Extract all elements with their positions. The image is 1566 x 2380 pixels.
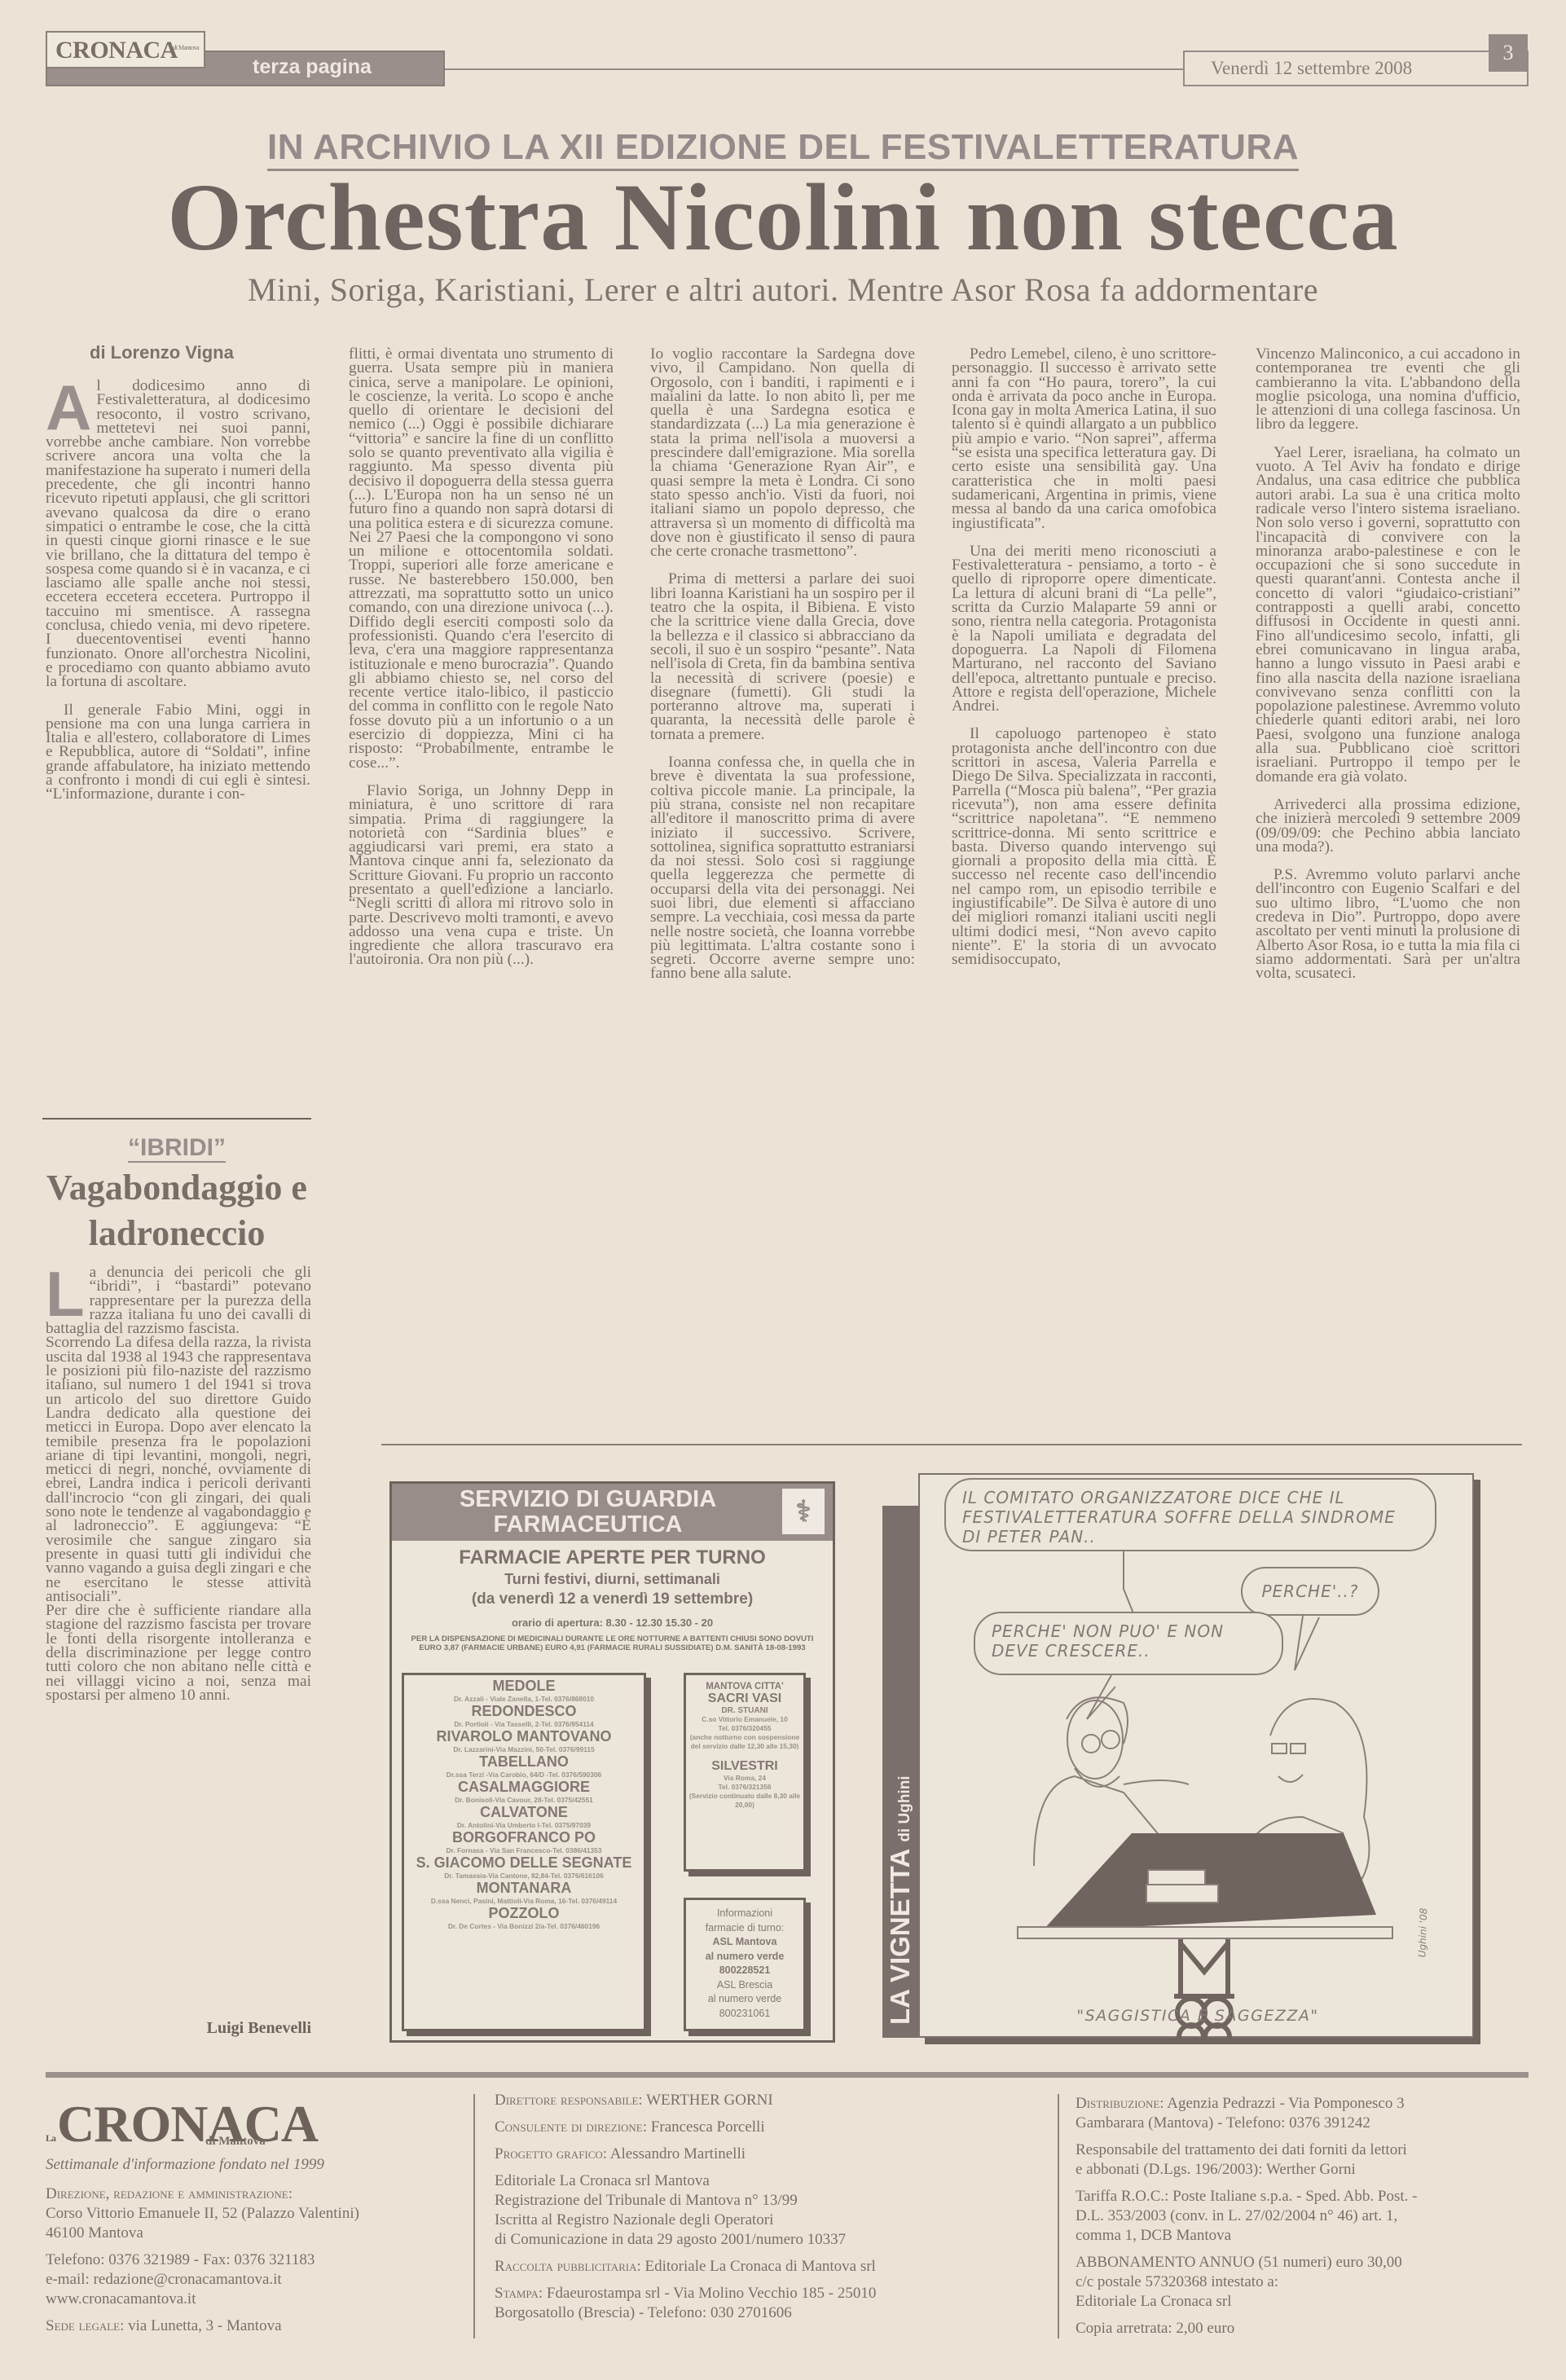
abbonamento-line: c/c postale 57320368 intestato a: <box>1076 2273 1278 2290</box>
tariffa-line: comma 1, DCB Mantova <box>1076 2227 1231 2244</box>
pharmacy-town: TABELLANO <box>404 1754 644 1770</box>
article-column-2: flitti, è ormai diventata uno strumento … <box>349 347 614 981</box>
sidebar-kicker: “IBRIDI” <box>42 1134 311 1162</box>
phone-number: 800228521 <box>719 1964 771 1976</box>
sidebar-signature: Luigi Benevelli <box>46 2019 311 2038</box>
list-item: CASALMAGGIOREDr. Bonisoli-Via Cavour, 28… <box>404 1780 644 1805</box>
list-item: S. GIACOMO DELLE SEGNATEDr. Tamassia-Via… <box>404 1855 644 1881</box>
cartoon-signature: Ughini '08 <box>1417 1907 1430 1957</box>
pharmacy-address: Dr. De Cortes - Via Bonizzi 2/a-Tel. 037… <box>404 1921 644 1931</box>
paragraph: La denuncia dei pericoli che gli “ibridi… <box>46 1265 311 1335</box>
city-tel-1: Tel. 0376/320455 <box>686 1724 803 1733</box>
consulente-name: Francesca Porcelli <box>647 2118 765 2136</box>
colophon-col-3: Distribuzione: Agenzia Pedrazzi - Via Po… <box>1076 2094 1532 2346</box>
paragraph: Io voglio raccontare la Sardegna dove vi… <box>650 347 915 558</box>
list-item: BORGOFRANCO PODr. Fornasa - Via San Fran… <box>404 1830 644 1855</box>
vignette-author: di Ughini <box>896 1775 913 1841</box>
direttore-label: Direttore responsabile: <box>495 2092 643 2109</box>
pharmacy-town: CALVATONE <box>404 1805 644 1820</box>
paragraph: Flavio Soriga, un Johnny Depp in miniatu… <box>349 784 614 967</box>
masthead-logo-sub: di Mantova <box>173 30 199 66</box>
city-pharmacy-1: SACRI VASI <box>686 1692 803 1706</box>
page-number: 3 <box>1489 34 1528 72</box>
caduceus-icon: ⚕ <box>782 1489 825 1534</box>
list-item: TABELLANODr.ssa Terzi -Via Carobio, 64/D… <box>404 1754 644 1780</box>
abbonamento-line: ABBONAMENTO ANNUO (51 numeri) euro 30,00 <box>1076 2254 1402 2271</box>
city-note-1: (anche notturno con sospensione del serv… <box>686 1733 803 1751</box>
list-item: RIVAROLO MANTOVANODr. Lazzarini-Via Mazz… <box>404 1729 644 1754</box>
paragraph: Ioanna confessa che, in quella che in br… <box>650 755 915 981</box>
progetto-label: Progetto grafico: <box>495 2145 607 2162</box>
article-subhead: Mini, Soriga, Karistiani, Lerer e altri … <box>0 271 1566 309</box>
article-kicker: IN ARCHIVIO LA XII EDIZIONE DEL FESTIVAL… <box>0 127 1566 168</box>
article-column-5: Vincenzo Malinconico, a cui accadono in … <box>1256 347 1520 994</box>
distribuzione-label: Distribuzione: <box>1076 2095 1164 2112</box>
pharmacy-town: REDONDESCO <box>404 1704 644 1719</box>
footer-logo-text: CRONACA <box>57 2095 318 2153</box>
info-line: farmacie di turno: <box>686 1921 803 1936</box>
website-link[interactable]: www.cronacamantova.it <box>46 2290 196 2307</box>
pharmacy-ad-header: SERVIZIO DI GUARDIA FARMACEUTICA ⚕ <box>392 1484 833 1541</box>
sidebar-kicker-text: “IBRIDI” <box>128 1134 226 1163</box>
colophon-col-2: Direttore responsabile: WERTHER GORNI Co… <box>495 2091 1032 2330</box>
sede-block: Sede legale: via Lunetta, 3 - Mantova <box>46 2316 420 2336</box>
masthead-rule <box>445 68 1183 70</box>
cartoon-panel: IL COMITATO ORGANIZZATORE DICE CHE IL FE… <box>918 1473 1474 2038</box>
paragraph: Pedro Lemebel, cileno, è uno scrittore-p… <box>952 347 1216 530</box>
privacy-block: Responsabile del trattamento dei dati fo… <box>1076 2140 1532 2180</box>
city-note-2: (Servizio continuato dalle 8,30 alle 20,… <box>686 1792 803 1810</box>
privacy-line: Responsabile del trattamento dei dati fo… <box>1076 2141 1407 2158</box>
paragraph: flitti, è ormai diventata uno strumento … <box>349 347 614 770</box>
city-tel-2: Tel. 0376/321356 <box>686 1783 803 1792</box>
pharmacy-subtitle: Turni festivi, diurni, settimanali <box>392 1571 833 1588</box>
paragraph: Scorrendo La difesa della razza, la rivi… <box>46 1335 311 1604</box>
cartoon-caption: "SAGGISTICA E SAGGEZZA" <box>920 2007 1476 2025</box>
pharmacy-note: PER LA DISPENSAZIONE DI MEDICINALI DURAN… <box>392 1635 833 1652</box>
consulente-line: Consulente di direzione: Francesca Porce… <box>495 2118 1032 2137</box>
masthead-logo: CRONACA di Mantova <box>46 31 205 68</box>
list-item: MEDOLEDr. Azzali - Viale Zanella, 1-Tel.… <box>404 1678 644 1704</box>
city-address-1: C.so Vittorio Emanuele, 10 <box>686 1715 803 1724</box>
vignette-label: LA VIGNETTAdi Ughini <box>882 1506 918 2038</box>
consulente-label: Consulente di direzione: <box>495 2118 647 2136</box>
stampa-value-2: Borgosatollo (Brescia) - Telefono: 030 2… <box>495 2304 792 2321</box>
section-label: terza pagina <box>253 55 372 79</box>
info-line: ASL Brescia <box>686 1978 803 1993</box>
direzione-label: Direzione, redazione e amministrazione: <box>46 2185 293 2202</box>
footer-logo: LaCRONACA <box>46 2094 318 2154</box>
stampa-value: Fdaeurostampa srl - Via Molino Vecchio 1… <box>543 2285 876 2302</box>
pharmacy-list: MEDOLEDr. Azzali - Viale Zanella, 1-Tel.… <box>402 1673 646 2031</box>
cartoon-illustration <box>920 1475 1476 2039</box>
info-line: al numero verde <box>686 1992 803 2007</box>
registration-block: Editoriale La Cronaca srl Mantova Regist… <box>495 2171 1032 2250</box>
pharmacy-town: BORGOFRANCO PO <box>404 1830 644 1845</box>
pharmacy-header-line1: SERVIZIO DI GUARDIA <box>392 1487 784 1512</box>
raccolta-value: Editoriale La Cronaca di Mantova srl <box>641 2258 876 2275</box>
registration-line: Iscritta al Registro Nazionale degli Ope… <box>495 2211 773 2228</box>
tariffa-line: D.L. 353/2003 (conv. in L. 27/02/2004 n°… <box>1076 2207 1397 2224</box>
direzione-address: Corso Vittorio Emanuele II, 52 (Palazzo … <box>46 2205 359 2222</box>
footer-divider <box>1058 2094 1059 2338</box>
direttore-line: Direttore responsabile: WERTHER GORNI <box>495 2091 1032 2110</box>
paragraph-text: a denuncia dei pericoli che gli “ibridi”… <box>46 1264 311 1337</box>
tariffa-block: Tariffa R.O.C.: Poste Italiane s.p.a. - … <box>1076 2187 1532 2246</box>
masthead-logo-text: CRONACA <box>55 37 178 64</box>
article-headline: Orchestra Nicolini non stecca <box>0 165 1566 271</box>
distribuzione-block: Distribuzione: Agenzia Pedrazzi - Via Po… <box>1076 2094 1532 2133</box>
paragraph: Al dodicesimo anno di Festivaletteratura… <box>46 379 310 689</box>
abbonamento-block: ABBONAMENTO ANNUO (51 numeri) euro 30,00… <box>1076 2253 1532 2312</box>
progetto-name: Alessandro Martinelli <box>607 2145 746 2162</box>
paragraph: Per dire che è sufficiente riandare alla… <box>46 1604 311 1702</box>
paragraph: Yael Lerer, israeliana, ha colmato un vu… <box>1256 446 1520 784</box>
article-column-1: Al dodicesimo anno di Festivaletteratura… <box>46 379 310 816</box>
direttore-name: WERTHER GORNI <box>643 2092 773 2109</box>
pharmacy-town: MEDOLE <box>404 1678 644 1694</box>
pharmacy-town: CASALMAGGIORE <box>404 1780 644 1795</box>
byline: di Lorenzo Vigna <box>90 342 234 363</box>
stampa-block: Stampa: Fdaeurostampa srl - Via Molino V… <box>495 2284 1032 2323</box>
pharmacy-title: FARMACIE APERTE PER TURNO <box>392 1546 833 1569</box>
pharmacy-town: RIVAROLO MANTOVANO <box>404 1729 644 1744</box>
sidebar-rule <box>42 1118 311 1120</box>
tagline: Settimanale d'informazione fondato nel 1… <box>46 2155 420 2175</box>
stampa-label: Stampa: <box>495 2285 543 2302</box>
colophon-col-1: Settimanale d'informazione fondato nel 1… <box>46 2155 420 2343</box>
info-line: Informazioni <box>686 1907 803 1921</box>
pharmacy-hours: orario di apertura: 8.30 - 12.30 15.30 -… <box>392 1617 833 1629</box>
info-line: ASL Mantova <box>713 1936 777 1947</box>
registration-line: di Comunicazione in data 29 agosto 2001/… <box>495 2231 846 2248</box>
list-item: POZZOLODr. De Cortes - Via Bonizzi 2/a-T… <box>404 1906 644 1931</box>
footer-logo-sub: di Mantova <box>205 2135 266 2149</box>
phone-number: 800231061 <box>686 2007 803 2021</box>
pharmacy-city-box: MANTOVA CITTA' SACRI VASI DR. STUANI C.s… <box>684 1673 806 1872</box>
distribuzione-value-2: Gambarara (Mantova) - Telefono: 0376 391… <box>1076 2114 1370 2131</box>
registration-line: Editoriale La Cronaca srl Mantova <box>495 2172 710 2189</box>
pharmacy-header-line2: FARMACEUTICA <box>392 1512 784 1538</box>
city-label: MANTOVA CITTA' <box>686 1682 803 1692</box>
article-column-4: Pedro Lemebel, cileno, è uno scrittore-p… <box>952 347 1216 980</box>
pharmacy-date-range: (da venerdì 12 a venerdì 19 settembre) <box>392 1590 833 1608</box>
pharmacy-town: POZZOLO <box>404 1906 644 1921</box>
paragraph: Il capoluogo partenopeo è stato protagon… <box>952 727 1216 966</box>
footer-divider <box>473 2094 475 2338</box>
distribuzione-value: Agenzia Pedrazzi - Via Pomponesco 3 <box>1164 2095 1405 2112</box>
list-item: REDONDESCODr. Portioli - Via Tasselli, 2… <box>404 1704 644 1729</box>
abbonamento-line: Editoriale La Cronaca srl <box>1076 2293 1232 2310</box>
info-line: al numero verde <box>706 1951 785 1962</box>
city-pharmacy-2: SILVESTRI <box>686 1759 803 1774</box>
paragraph: Prima di mettersi a parlare dei suoi lib… <box>650 572 915 741</box>
email-link[interactable]: e-mail: redazione@cronacamantova.it <box>46 2271 282 2288</box>
privacy-line: e abbonati (D.Lgs. 196/2003): Werther Go… <box>1076 2161 1356 2178</box>
drop-cap: L <box>46 1269 85 1319</box>
direzione-city: 46100 Mantova <box>46 2224 143 2241</box>
pharmacy-town: S. GIACOMO DELLE SEGNATE <box>404 1855 644 1871</box>
phone-fax: Telefono: 0376 321989 - Fax: 0376 321183 <box>46 2251 315 2268</box>
paragraph: Vincenzo Malinconico, a cui accadono in … <box>1256 347 1520 432</box>
direzione-block: Direzione, redazione e amministrazione: … <box>46 2184 420 2243</box>
drop-cap: A <box>46 382 91 433</box>
paragraph: Arrivederci alla prossima edizione, che … <box>1256 798 1520 854</box>
sede-address: via Lunetta, 3 - Mantova <box>124 2317 281 2334</box>
raccolta-line: Raccolta pubblicitaria: Editoriale La Cr… <box>495 2257 1032 2277</box>
city-address-2: Via Roma, 24 <box>686 1774 803 1783</box>
article-column-3: Io voglio raccontare la Sardegna dove vi… <box>650 347 915 995</box>
tariffa-line: Tariffa R.O.C.: Poste Italiane s.p.a. - … <box>1076 2188 1417 2205</box>
raccolta-label: Raccolta pubblicitaria: <box>495 2258 641 2275</box>
footer-logo-la: La <box>46 2132 55 2144</box>
sidebar-body: La denuncia dei pericoli che gli “ibridi… <box>46 1265 311 1702</box>
vignette-title: LA VIGNETTA <box>885 1849 915 2025</box>
arretrata-line: Copia arretrata: 2,00 euro <box>1076 2319 1532 2338</box>
contacts-block: Telefono: 0376 321989 - Fax: 0376 321183… <box>46 2250 420 2309</box>
registration-line: Registrazione del Tribunale di Mantova n… <box>495 2192 798 2209</box>
pharmacy-town: MONTANARA <box>404 1881 644 1896</box>
sidebar-title: Vagabondaggio e ladroneccio <box>42 1165 311 1256</box>
paragraph: Una dei meriti meno riconosciuti a Festi… <box>952 544 1216 714</box>
progetto-line: Progetto grafico: Alessandro Martinelli <box>495 2145 1032 2164</box>
list-item: MONTANARAD.ssa Nenci, Pasini, Mattioli-V… <box>404 1881 644 1906</box>
ads-rule <box>381 1444 1522 1445</box>
footer-rule <box>46 2072 1529 2078</box>
sede-label: Sede legale: <box>46 2317 124 2334</box>
issue-date: Venerdì 12 settembre 2008 <box>1183 51 1529 86</box>
paragraph: P.S. Avremmo voluto parlarvi anche dell'… <box>1256 868 1520 980</box>
pharmacy-info-box: Informazioni farmacie di turno: ASL Mant… <box>684 1898 806 2031</box>
paragraph: Il generale Fabio Mini, oggi in pensione… <box>46 703 310 802</box>
city-doctor-1: DR. STUANI <box>686 1706 803 1715</box>
list-item: CALVATONEDr. Antolini-Via Umberto I-Tel.… <box>404 1805 644 1830</box>
pharmacy-ad: SERVIZIO DI GUARDIA FARMACEUTICA ⚕ FARMA… <box>389 1481 835 2043</box>
